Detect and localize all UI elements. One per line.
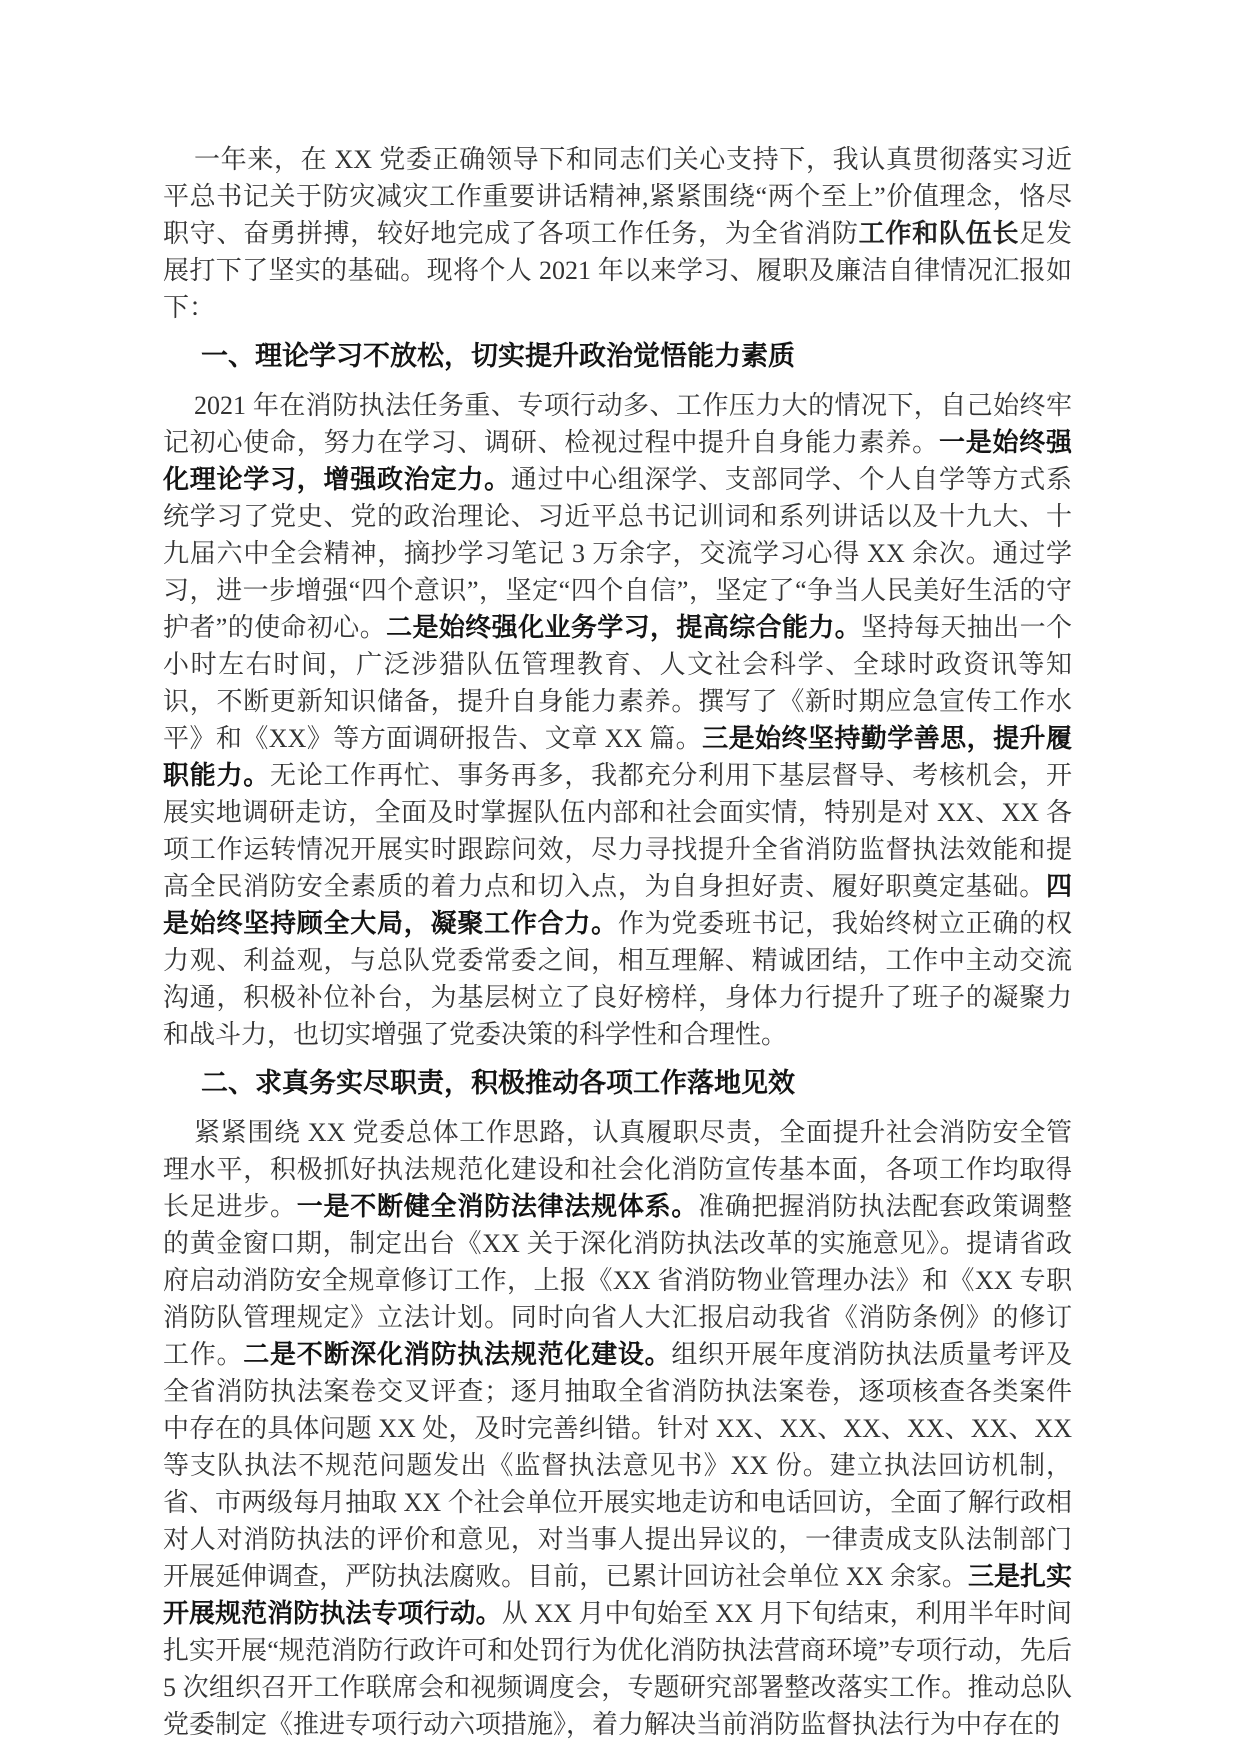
text-run: 2021 年在消防执法任务重、专项行动多、工作压力大的情况下，自己始终牢记初心使… (163, 391, 1072, 457)
text-run: 组织开展年度消防执法质量考评及全省消防执法案卷交叉评查；逐月抽取全省消防执法案卷… (163, 1340, 1072, 1591)
bold-text-run: 二是不断深化消防执法规范化建设。 (243, 1340, 671, 1369)
bold-text-run: 一、理论学习不放松，切实提升政治觉悟能力素质 (201, 341, 795, 371)
section-heading: 一、理论学习不放松，切实提升政治觉悟能力素质 (163, 338, 1072, 375)
bold-text-run: 一是不断健全消防法律法规体系。 (297, 1192, 698, 1221)
text-run: 无论工作再忙、事务再多，我都充分利用下基层督导、考核机会，开展实地调研走访，全面… (163, 761, 1072, 901)
section-heading: 二、求真务实尽职责，积极推动各项工作落地见效 (163, 1065, 1072, 1102)
bold-text-run: 二是始终强化业务学习，提高综合能力。 (386, 613, 861, 642)
bold-text-run: 二、求真务实尽职责，积极推动各项工作落地见效 (201, 1068, 795, 1098)
body-paragraph: 紧紧围绕 XX 党委总体工作思路，认真履职尽责，全面提升社会消防安全管理水平，积… (163, 1114, 1072, 1743)
text-run: 工作和队伍长 (859, 219, 1020, 248)
body-paragraph: 2021 年在消防执法任务重、专项行动多、工作压力大的情况下，自己始终牢记初心使… (163, 387, 1072, 1053)
document-body: 一年来，在 XX 党委正确领导下和同志们关心支持下，我认真贯彻落实习近平总书记关… (163, 141, 1072, 1743)
document-page: 一年来，在 XX 党委正确领导下和同志们关心支持下，我认真贯彻落实习近平总书记关… (0, 0, 1240, 1754)
body-paragraph: 一年来，在 XX 党委正确领导下和同志们关心支持下，我认真贯彻落实习近平总书记关… (163, 141, 1072, 326)
